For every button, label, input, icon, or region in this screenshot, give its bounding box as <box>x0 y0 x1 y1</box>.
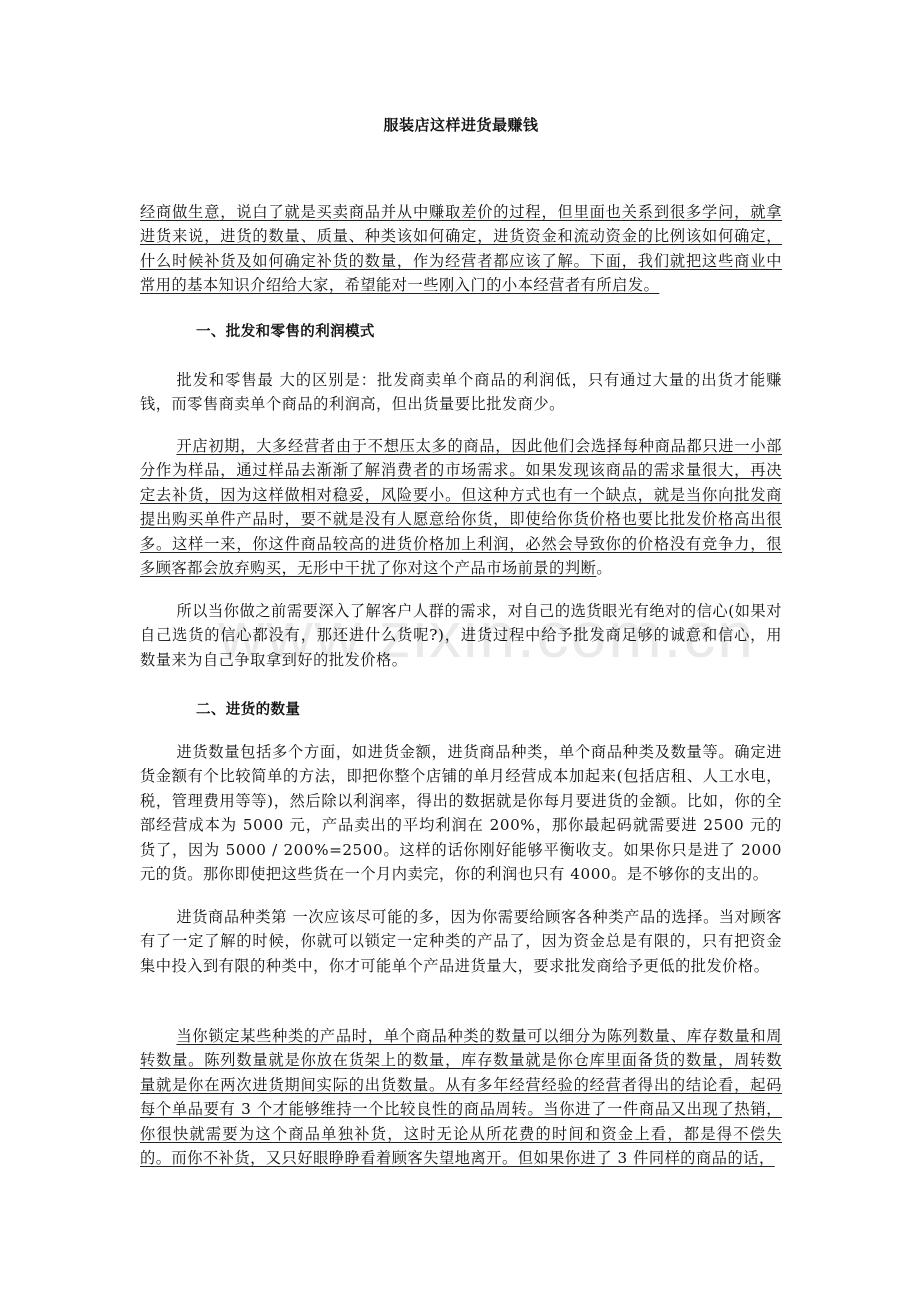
section-heading-2: 二、进货的数量 <box>196 700 300 720</box>
section2-paragraph-2: 进货商品种类第 一次应该尽可能的多，因为你需要给顾客各种类产品的选择。当对顾客有… <box>140 905 782 978</box>
section2-paragraph-3-text: 当你锁定某些种类的产品时，单个商品种类的数量可以细分为陈列数量、库存数量和周转数… <box>140 1027 782 1167</box>
section2-paragraph-1: 进货数量包括多个方面，如进货金额，进货商品种类，单个商品种类及数量等。确定进货金… <box>140 740 782 886</box>
intro-paragraph: 经商做生意，说白了就是买卖商品并从中赚取差价的过程，但里面也关系到很多学问，就拿… <box>140 200 782 298</box>
section1-paragraph-1: 批发和零售最 大的区别是：批发商卖单个商品的利润低，只有通过大量的出货才能赚钱，… <box>140 368 782 417</box>
section-heading-1: 一、批发和零售的利润模式 <box>196 322 375 342</box>
document-title: 服装店这样进货最赚钱 <box>140 115 782 135</box>
section2-paragraph-3: 当你锁定某些种类的产品时，单个商品种类的数量可以细分为陈列数量、库存数量和周转数… <box>140 1024 782 1170</box>
intro-text: 经商做生意，说白了就是买卖商品并从中赚取差价的过程，但里面也关系到很多学问，就拿… <box>140 203 782 294</box>
section1-paragraph-2: 开店初期，大多经营者由于不想压太多的商品，因此他们会选择每种商品都只进一小部分作… <box>140 434 782 580</box>
section1-paragraph-2-text: 开店初期，大多经营者由于不想压太多的商品，因此他们会选择每种商品都只进一小部分作… <box>140 437 782 577</box>
section1-paragraph-2-end: 。 <box>596 559 612 577</box>
section1-paragraph-3: 所以当你做之前需要深入了解客户人群的需求，对自己的选货眼光有绝对的信心(如果对自… <box>140 599 782 672</box>
